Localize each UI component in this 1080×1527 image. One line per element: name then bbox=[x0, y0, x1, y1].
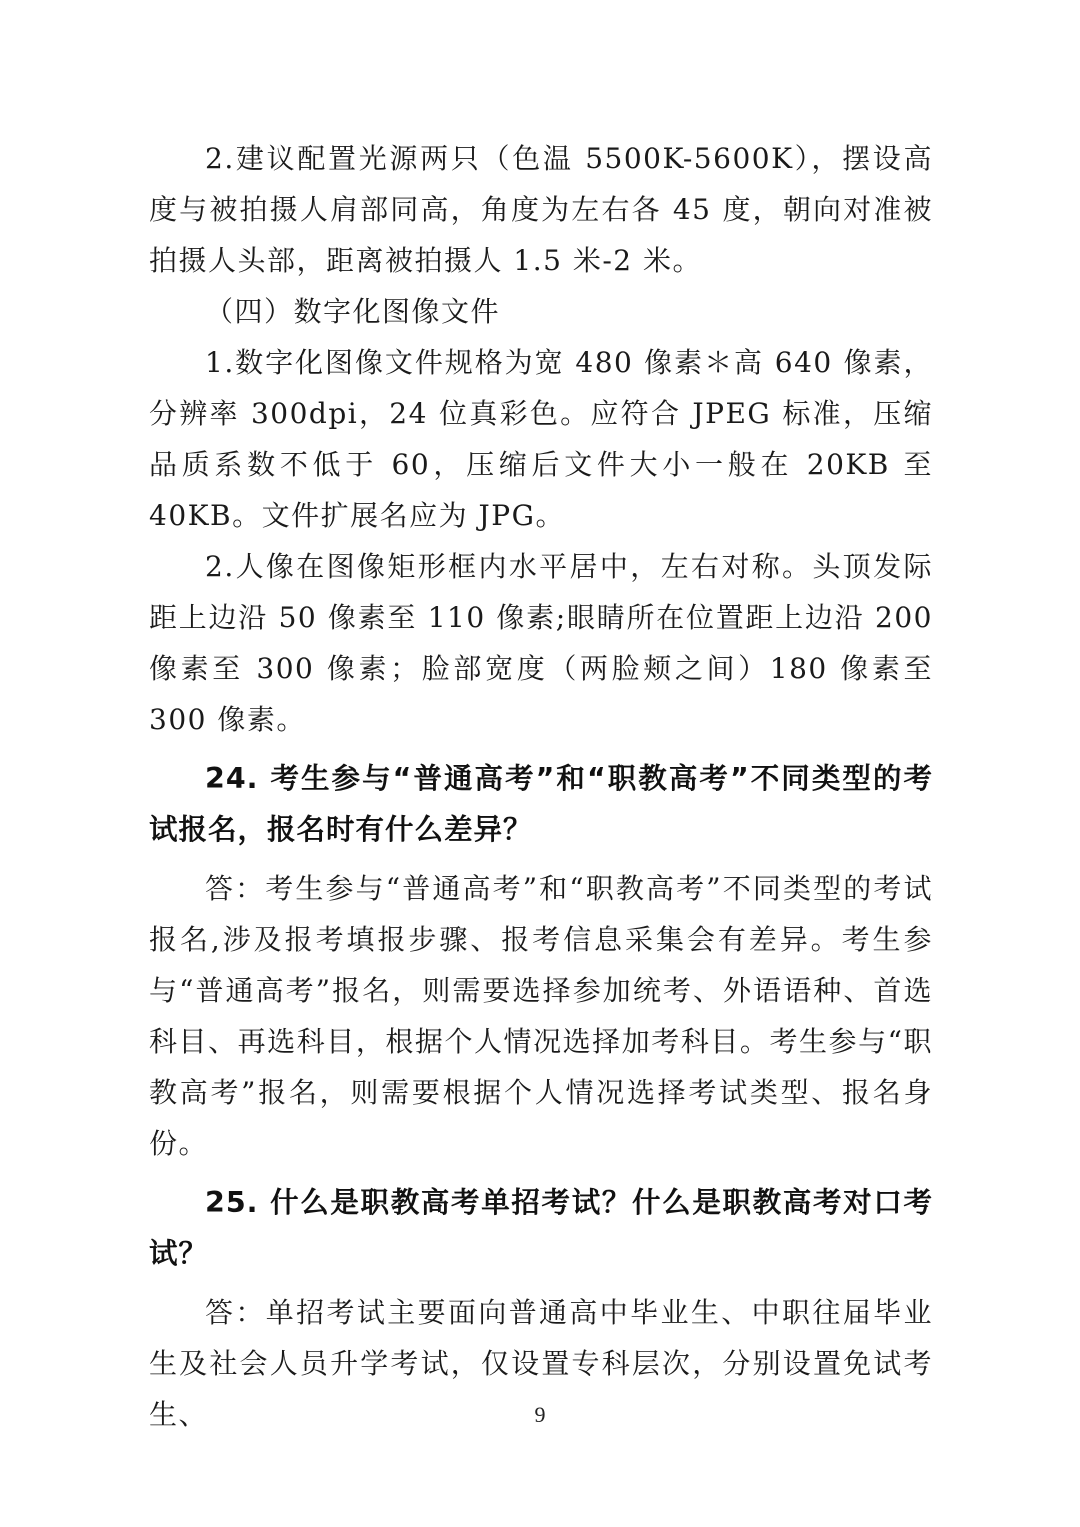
question-24-heading: 24. 考生参与“普通高考”和“职教高考”不同类型的考试报名，报名时有什么差异？ bbox=[149, 753, 933, 855]
question-25-heading: 25. 什么是职教高考单招考试？什么是职教高考对口考试？ bbox=[149, 1177, 933, 1279]
document-page: 2.建议配置光源两只（色温 5500K-5600K），摆设高度与被拍摄人肩部同高… bbox=[0, 0, 1080, 1527]
question-24-answer: 答：考生参与“普通高考”和“职教高考”不同类型的考试报名,涉及报考填报步骤、报考… bbox=[149, 863, 933, 1169]
paragraph-portrait-position: 2.人像在图像矩形框内水平居中，左右对称。头顶发际距上边沿 50 像素至 110… bbox=[149, 541, 933, 745]
page-number: 9 bbox=[0, 1402, 1080, 1428]
paragraph-light-source: 2.建议配置光源两只（色温 5500K-5600K），摆设高度与被拍摄人肩部同高… bbox=[149, 133, 933, 286]
section-heading-digital-image: （四）数字化图像文件 bbox=[149, 286, 933, 337]
paragraph-image-spec: 1.数字化图像文件规格为宽 480 像素＊高 640 像素，分辨率 300dpi… bbox=[149, 337, 933, 541]
page-content: 2.建议配置光源两只（色温 5500K-5600K），摆设高度与被拍摄人肩部同高… bbox=[149, 133, 933, 1440]
